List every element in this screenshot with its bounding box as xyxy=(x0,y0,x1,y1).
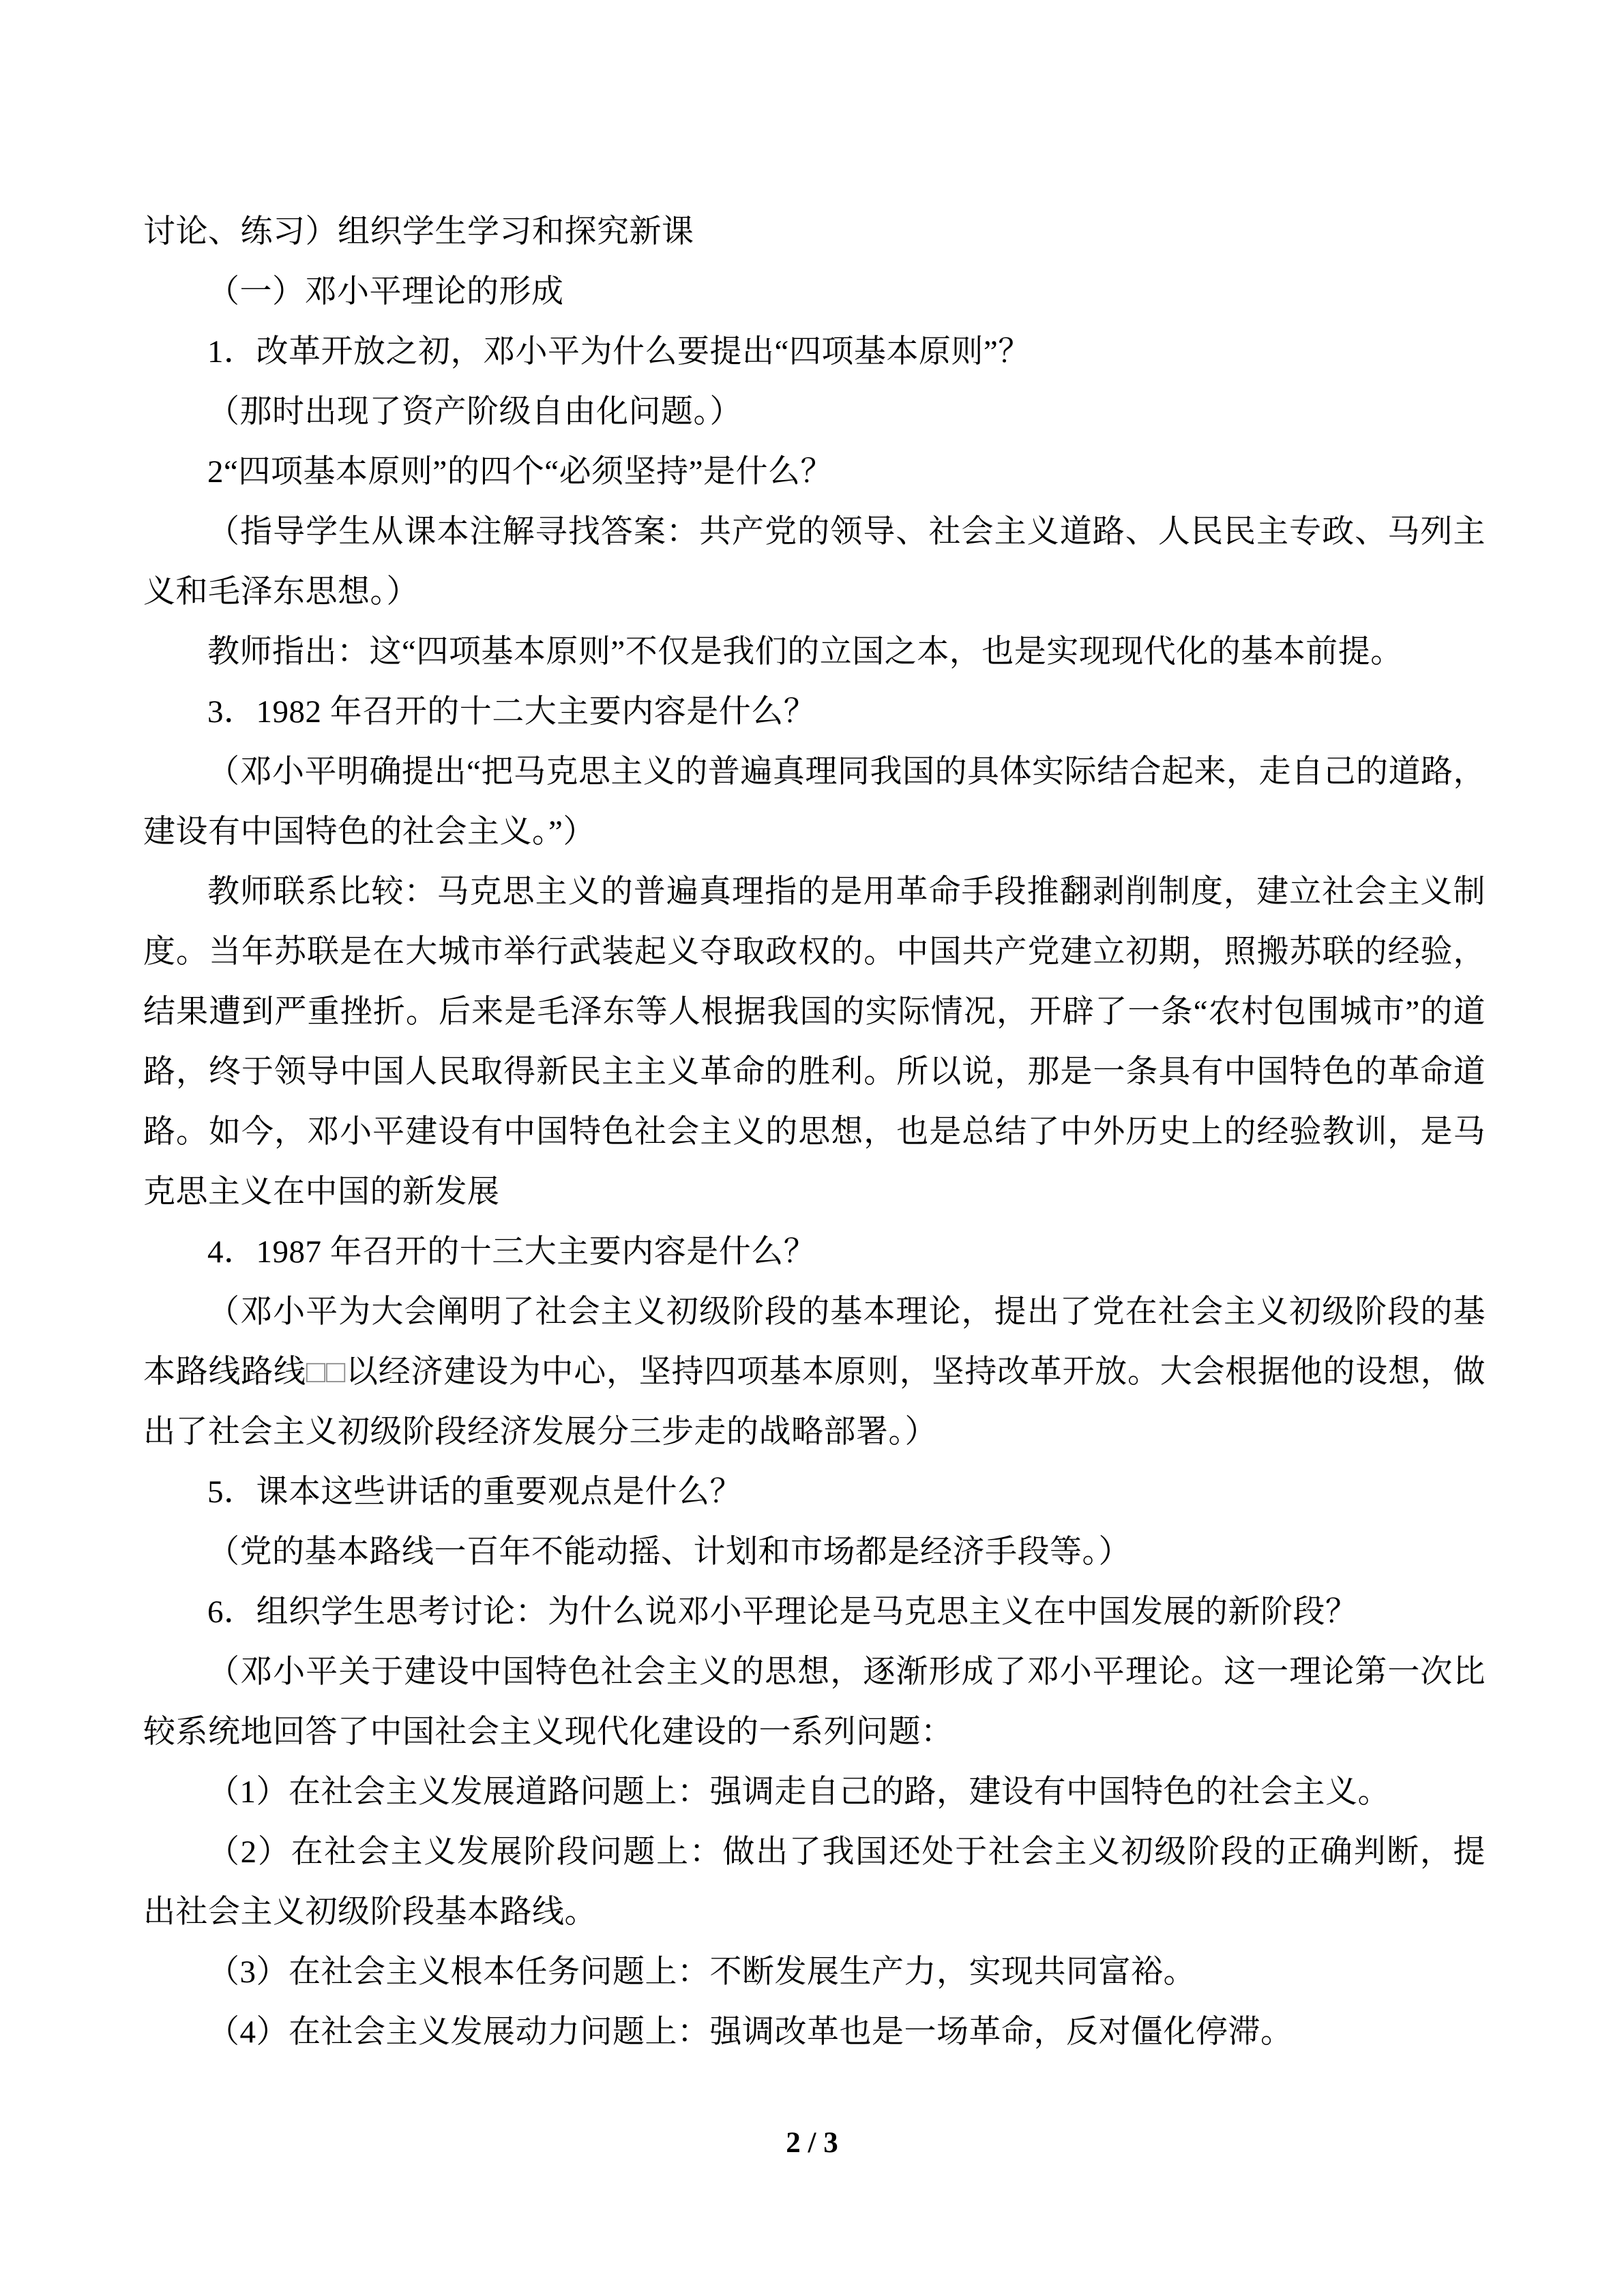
paragraph: （指导学生从课本注解寻找答案：共产党的领导、社会主义道路、人民民主专政、马列主义… xyxy=(143,502,1486,622)
paragraph: 2“四项基本原则”的四个“必须坚持”是什么？ xyxy=(143,442,1486,502)
document-body: 讨论、练习）组织学生学习和探究新课（一）邓小平理论的形成1．改革开放之初，邓小平… xyxy=(143,202,1486,2062)
paragraph: （2）在社会主义发展阶段问题上：做出了我国还处于社会主义初级阶段的正确判断，提出… xyxy=(143,1822,1486,1942)
paragraph: （那时出现了资产阶级自由化问题。） xyxy=(143,382,1486,442)
paragraph: 3．1982 年召开的十二大主要内容是什么？ xyxy=(143,682,1486,742)
paragraph: （邓小平关于建设中国特色社会主义的思想，逐渐形成了邓小平理论。这一理论第一次比较… xyxy=(143,1642,1486,1762)
page-number: 2 / 3 xyxy=(0,2126,1624,2160)
paragraph: 教师指出：这“四项基本原则”不仅是我们的立国之本，也是实现现代化的基本前提。 xyxy=(143,622,1486,682)
paragraph: （一）邓小平理论的形成 xyxy=(143,262,1486,322)
paragraph: 5．课本这些讲话的重要观点是什么？ xyxy=(143,1462,1486,1522)
paragraph: 4．1987 年召开的十三大主要内容是什么？ xyxy=(143,1222,1486,1282)
missing-glyph-box: □□ xyxy=(306,1354,346,1390)
paragraph: （3）在社会主义根本任务问题上：不断发展生产力，实现共同富裕。 xyxy=(143,1942,1486,2002)
paragraph: （邓小平明确提出“把马克思主义的普遍真理同我国的具体实际结合起来，走自己的道路，… xyxy=(143,742,1486,862)
paragraph: （4）在社会主义发展动力问题上：强调改革也是一场革命，反对僵化停滞。 xyxy=(143,2002,1486,2062)
paragraph: 讨论、练习）组织学生学习和探究新课 xyxy=(143,202,1486,262)
paragraph: 教师联系比较：马克思主义的普遍真理指的是用革命手段推翻剥削制度，建立社会主义制度… xyxy=(143,862,1486,1222)
paragraph: （1）在社会主义发展道路问题上：强调走自己的路，建设有中国特色的社会主义。 xyxy=(143,1762,1486,1822)
document-page: 讨论、练习）组织学生学习和探究新课（一）邓小平理论的形成1．改革开放之初，邓小平… xyxy=(0,0,1624,2296)
paragraph: 6．组织学生思考讨论：为什么说邓小平理论是马克思主义在中国发展的新阶段？ xyxy=(143,1582,1486,1642)
paragraph: （邓小平为大会阐明了社会主义初级阶段的基本理论，提出了党在社会主义初级阶段的基本… xyxy=(143,1282,1486,1462)
paragraph: 1．改革开放之初，邓小平为什么要提出“四项基本原则”？ xyxy=(143,322,1486,382)
paragraph: （党的基本路线一百年不能动摇、计划和市场都是经济手段等。） xyxy=(143,1522,1486,1582)
